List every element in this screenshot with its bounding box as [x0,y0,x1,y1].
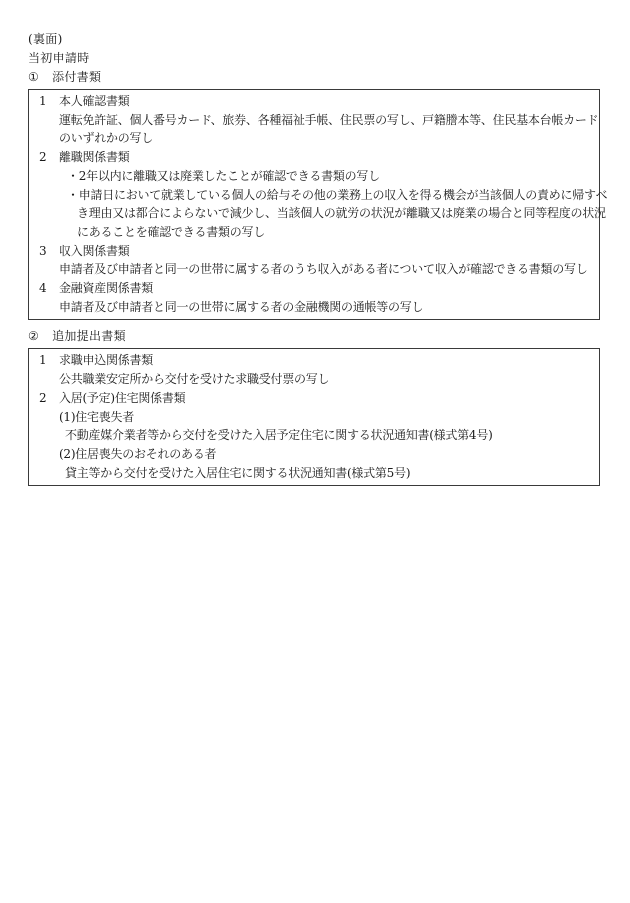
row-line: き理由又は都合によらないで減少し、当該個人の就労の状況が離職又は廃業の場合と同等… [59,204,599,223]
section-heading-additional: ② 追加提出書類 [28,327,602,346]
row-title: 入居(予定)住宅関係書類 [59,389,599,408]
section-heading-attachments: ① 添付書類 [28,68,602,87]
table-row: 2 離職関係書類 ・2年以内に離職又は廃業したことが確認できる書類の写し ・申請… [29,148,599,242]
row-title: 本人確認書類 [59,92,599,111]
section-marker: ② [28,327,39,346]
row-line: 運転免許証、個人番号カード、旅券、各種福祉手帳、住民票の写し、戸籍謄本等、住民基… [59,111,599,130]
row-line: 申請者及び申請者と同一の世帯に属する者の金融機関の通帳等の写し [59,298,599,317]
table-row: 3 収入関係書類 申請者及び申請者と同一の世帯に属する者のうち収入がある者につい… [29,242,599,279]
row-line: にあることを確認できる書類の写し [59,223,599,242]
row-number: 1 [29,92,59,148]
section-heading-label: 添付書類 [52,68,101,87]
row-number: 3 [29,242,59,279]
table-row: 1 本人確認書類 運転免許証、個人番号カード、旅券、各種福祉手帳、住民票の写し、… [29,92,599,148]
section-marker: ① [28,68,39,87]
table-row: 2 入居(予定)住宅関係書類 (1)住宅喪失者 不動産媒介業者等から交付を受けた… [29,389,599,483]
additional-documents-table: 1 求職申込関係書類 公共職業安定所から交付を受けた求職受付票の写し 2 入居(… [28,348,600,486]
row-line: 不動産媒介業者等から交付を受けた入居予定住宅に関する状況通知書(様式第4号) [59,426,599,445]
row-line: 申請者及び申請者と同一の世帯に属する者のうち収入がある者について収入が確認できる… [59,260,599,279]
row-number: 2 [29,148,59,242]
row-title: 求職申込関係書類 [59,351,599,370]
row-line: (1)住宅喪失者 [59,408,599,427]
row-title: 金融資産関係書類 [59,279,599,298]
document-page: (裏面) 当初申請時 ① 添付書類 1 本人確認書類 運転免許証、個人番号カード… [0,0,630,903]
table-row: 1 求職申込関係書類 公共職業安定所から交付を受けた求職受付票の写し [29,351,599,388]
page-back-note: (裏面) [28,30,602,49]
row-title: 離職関係書類 [59,148,599,167]
section-heading-label: 追加提出書類 [52,327,126,346]
attachments-table: 1 本人確認書類 運転免許証、個人番号カード、旅券、各種福祉手帳、住民票の写し、… [28,89,600,320]
row-number: 2 [29,389,59,483]
row-title: 収入関係書類 [59,242,599,261]
row-line: 貸主等から交付を受けた入居住宅に関する状況通知書(様式第5号) [59,464,599,483]
row-line: ・申請日において就業している個人の給与その他の業務上の収入を得る機会が当該個人の… [59,186,599,205]
row-line: のいずれかの写し [59,129,599,148]
table-row: 4 金融資産関係書類 申請者及び申請者と同一の世帯に属する者の金融機関の通帳等の… [29,279,599,316]
row-number: 1 [29,351,59,388]
row-line: 公共職業安定所から交付を受けた求職受付票の写し [59,370,599,389]
page-title: 当初申請時 [28,49,602,68]
row-line: ・2年以内に離職又は廃業したことが確認できる書類の写し [59,167,599,186]
row-line: (2)住居喪失のおそれのある者 [59,445,599,464]
row-number: 4 [29,279,59,316]
